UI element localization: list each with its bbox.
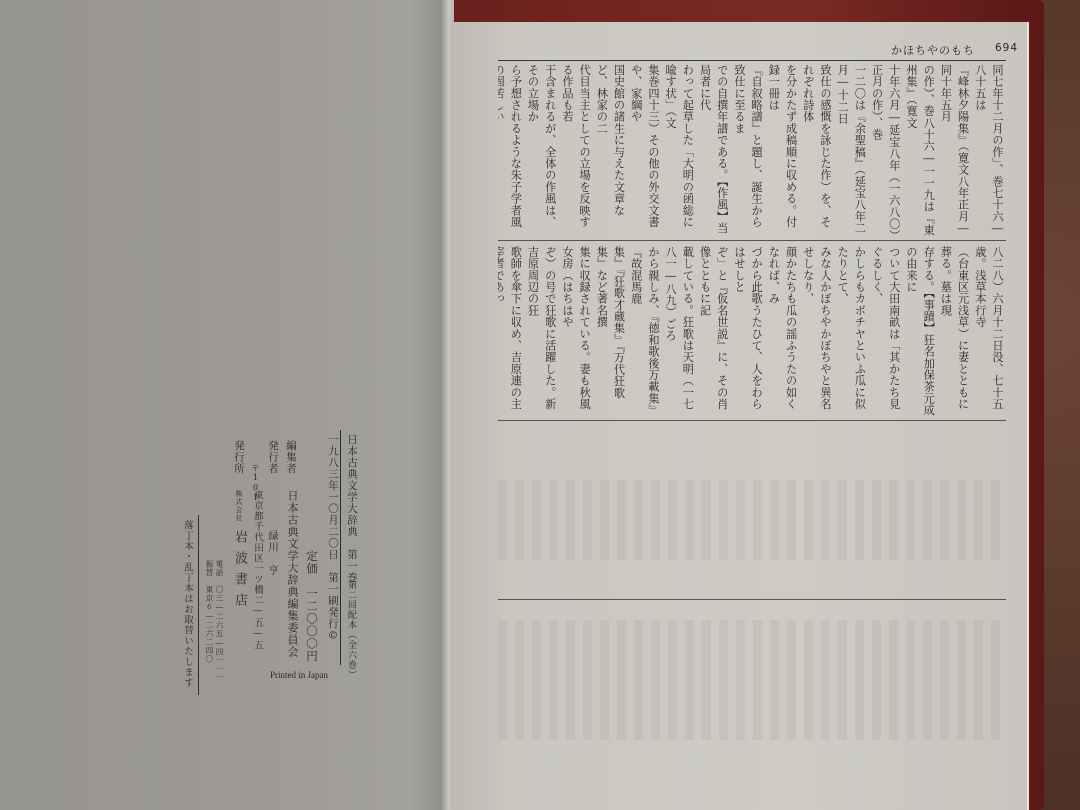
header-rule	[498, 60, 1006, 61]
publisher-phone: 電話 〇三―二六五―四一一一	[214, 560, 225, 682]
tier-divider-2	[498, 420, 1006, 421]
text-line: わって起草した「大明の函総に喩す状」（文	[662, 64, 696, 236]
text-line: 国史館の諸生に与えた文章など、林家の二	[593, 64, 627, 236]
text-line: 歌師を傘下に収め、吉原連の主宰者であっ	[498, 246, 524, 416]
text-line: みな人かぼちやかぼちやと異名せしなり、	[800, 246, 834, 416]
text-line: から親しみ、『徳和歌後万載集』『故混馬鹿	[628, 246, 662, 416]
colophon-rule-left	[198, 515, 199, 695]
text-line: 八二八）六月十二日没、七十五歳。浅草本行寺	[972, 246, 1006, 416]
text-line: 顔かたちも瓜の謡ふうたの如くなれば、み	[765, 246, 799, 416]
tier-divider-1	[498, 240, 1006, 241]
replacement-note: 落丁本・乱丁本はお取替いたします	[180, 520, 194, 688]
bleed-through-area-lower	[498, 620, 1006, 740]
lower-text-tier: 八二八）六月十二日没、七十五歳。浅草本行寺（台東区元浅草）に妻とともに葬る。墓は…	[498, 246, 1006, 416]
colophon-title: 日本古典文学大辞典 第一巻	[345, 434, 360, 584]
colophon-price: 定価 一二〇〇〇円	[304, 550, 320, 663]
text-line: ぞ）の号で狂歌に活躍した。新吉原周辺の狂	[524, 246, 558, 416]
publisher-transfer: 振替 東京６―二六二四〇	[204, 560, 215, 664]
publisher-person: 緑川 亨	[266, 530, 281, 576]
publisher-person-label: 発行者	[266, 440, 281, 475]
publisher-name: 岩波書店	[230, 530, 249, 614]
editor-name: 日本古典文学大辞典編集委員会	[284, 490, 300, 658]
text-line: を分かたず成稿順に収める。付録一冊は	[765, 64, 799, 236]
colophon: 日本古典文学大辞典 第一巻 第二回配本（全六巻） 一九八三年一〇月二〇日 第一刷…	[190, 430, 360, 670]
bleed-through-area	[498, 480, 1006, 560]
colophon-date: 一九八三年一〇月二〇日 第一刷発行©	[326, 434, 341, 643]
text-line: 『自叙略譜』と題し、誕生から致仕に至るま	[731, 64, 765, 236]
text-line: 集に収録されている。妻も秋風女房（はちはや	[559, 246, 593, 416]
text-line: 一二〇は『余聖稿』（延宝八年二月―十二日	[834, 64, 868, 236]
upper-text-tier: 同七年十二月の作」、巻七十六―八十五は『峰林夕陽集』（寛文八年正月―同十年五月の…	[498, 64, 1006, 236]
text-line: での自撰年譜である。【作風】当局者に代	[696, 64, 730, 236]
publisher-label: 発行所	[232, 440, 247, 475]
text-line: 『峰林夕陽集』（寛文八年正月―同十年五月	[937, 64, 971, 236]
colophon-series-note: 第二回配本（全六巻）	[345, 580, 358, 680]
text-line: 集』『狂歌才蔵集』『万代狂歌集』など著名撰	[593, 246, 627, 416]
tier-divider-3	[498, 599, 1006, 600]
text-line: 致仕の感慨を詠じた作）を、それぞれ詩体	[800, 64, 834, 236]
editor-label: 編集者	[284, 440, 299, 475]
text-line: 干含まれるが、全体の作風は、その立場か	[524, 64, 558, 236]
text-line: づから此歌うたひて、人をわらはせしと	[731, 246, 765, 416]
text-line: かしらもカボチヤといふ瓜に似たりとて、	[834, 246, 868, 416]
text-line: （台東区元浅草）に妻とともに葬る。墓は現	[937, 246, 971, 416]
left-page	[0, 0, 447, 810]
running-head: かほちやのもち 694	[891, 42, 1018, 58]
text-line: 十年六月―延宝八年（一六八〇）正月の作）、巻	[868, 64, 902, 236]
text-line: 集巻四十三）その他の外交文書や、家綱や	[628, 64, 662, 236]
publisher-address: 東京都千代田区一ツ橋二―五―五	[250, 490, 264, 651]
text-line: 同七年十二月の作」、巻七十六―八十五は	[972, 64, 1006, 236]
page-number: 694	[995, 42, 1018, 58]
company-type: 株式会社	[234, 490, 244, 522]
printed-in-japan: Printed in Japan	[270, 670, 328, 680]
page-fold	[440, 0, 454, 810]
text-line: ら予想されるような朱子学者風の固苦しい	[498, 64, 524, 236]
running-head-title: かほちやのもち	[891, 42, 975, 58]
text-line: 存する。【事蹟】狂名加保茶元成の由来に	[903, 246, 937, 416]
text-line: 載している。狂歌は天明（一七八一―八九）ごろ	[662, 246, 696, 416]
text-line: の作）、巻八十六―一一九は『東州集』（寛文	[903, 64, 937, 236]
text-line: ぞ」と『仮名世説』に、その肖像とともに記	[696, 246, 730, 416]
text-line: 代目当主としての立場を反映する作品も若	[559, 64, 593, 236]
text-line: ついて大田南畝は「其かたち見ぐるしく、	[868, 246, 902, 416]
